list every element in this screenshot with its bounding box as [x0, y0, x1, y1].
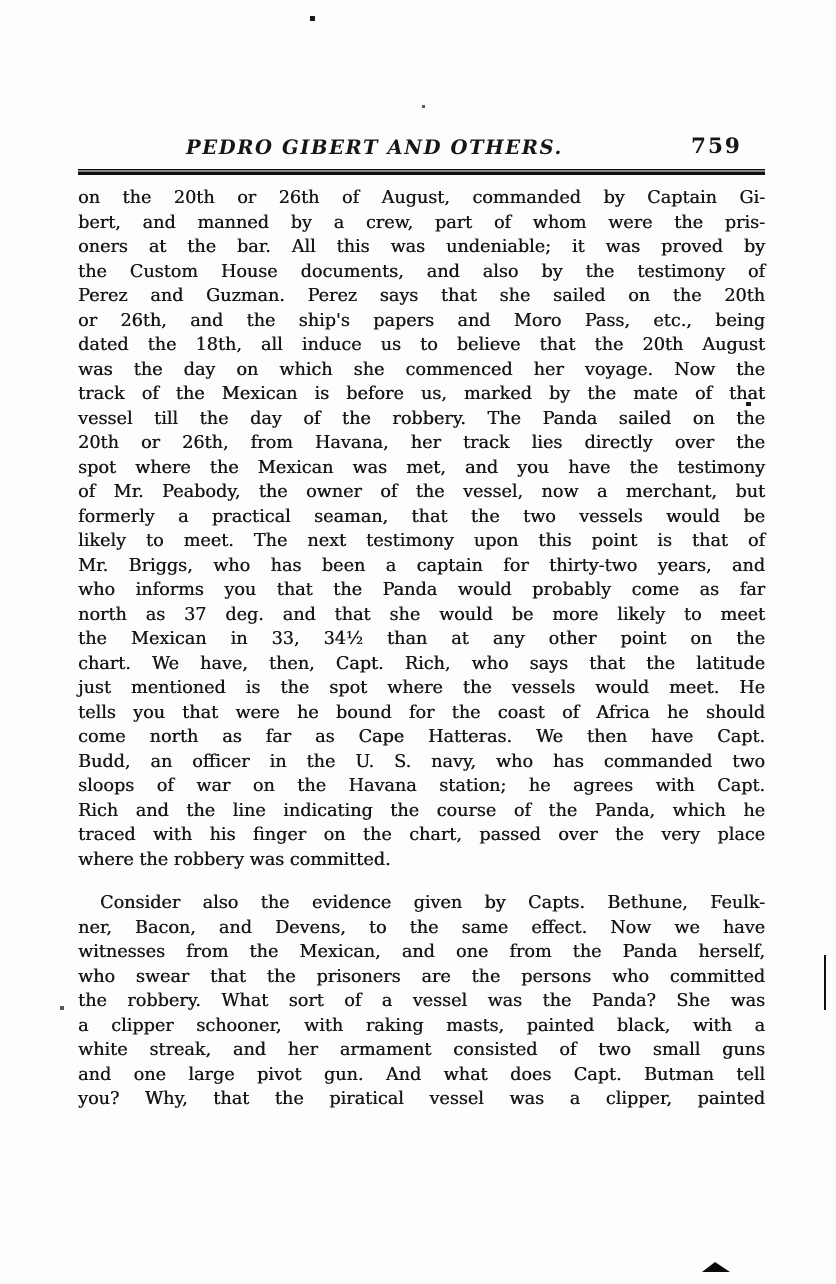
text-line: dated the 18th, all induce us to believe…	[78, 333, 765, 358]
text-line: just mentioned is the spot where the ves…	[78, 676, 765, 701]
text-line: and one large pivot gun. And what does C…	[78, 1063, 765, 1088]
text-line: vessel till the day of the robbery. The …	[78, 407, 765, 432]
ink-speck	[310, 16, 315, 21]
text-line: tells you that were he bound for the coa…	[78, 701, 765, 726]
text-line: or 26th, and the ship's papers and Moro …	[78, 309, 765, 334]
page-number: 759	[691, 134, 742, 159]
text-line: formerly a practical seaman, that the tw…	[78, 505, 765, 530]
corner-mark	[702, 1262, 730, 1272]
text-line: the robbery. What sort of a vessel was t…	[78, 989, 765, 1014]
book-page: PEDRO GIBERT AND OTHERS. 759 on the 20th…	[0, 0, 836, 1284]
text-line: who informs you that the Panda would pro…	[78, 578, 765, 603]
text-line: Consider also the evidence given by Capt…	[78, 891, 765, 916]
text-line: 20th or 26th, from Havana, her track lie…	[78, 431, 765, 456]
text-line: on the 20th or 26th of August, commanded…	[78, 186, 765, 211]
text-line: bert, and manned by a crew, part of whom…	[78, 211, 765, 236]
text-line: come north as far as Cape Hatteras. We t…	[78, 725, 765, 750]
text-line: oners at the bar. All this was undeniabl…	[78, 235, 765, 260]
text-line: sloops of war on the Havana station; he …	[78, 774, 765, 799]
text-line: where the robbery was committed.	[78, 848, 765, 873]
text-line: the Custom House documents, and also by …	[78, 260, 765, 285]
text-line: you? Why, that the piratical vessel was …	[78, 1087, 765, 1112]
text-line: Mr. Briggs, who has been a captain for t…	[78, 554, 765, 579]
text-line: likely to meet. The next testimony upon …	[78, 529, 765, 554]
ink-speck	[746, 402, 751, 406]
text-line: ner, Bacon, and Devens, to the same effe…	[78, 916, 765, 941]
ink-speck	[422, 105, 425, 108]
body-text: on the 20th or 26th of August, commanded…	[78, 186, 765, 1112]
text-line: the Mexican in 33, 34½ than at any other…	[78, 627, 765, 652]
text-line: was the day on which she commenced her v…	[78, 358, 765, 383]
text-line: Budd, an officer in the U. S. navy, who …	[78, 750, 765, 775]
text-line: north as 37 deg. and that she would be m…	[78, 603, 765, 628]
text-line: white streak, and her armament consisted…	[78, 1038, 765, 1063]
text-line: chart. We have, then, Capt. Rich, who sa…	[78, 652, 765, 677]
text-line: witnesses from the Mexican, and one from…	[78, 940, 765, 965]
text-line: of Mr. Peabody, the owner of the vessel,…	[78, 480, 765, 505]
ink-speck	[60, 1006, 64, 1010]
text-line: a clipper schooner, with raking masts, p…	[78, 1014, 765, 1039]
text-line: Perez and Guzman. Perez says that she sa…	[78, 284, 765, 309]
header-rule	[78, 169, 765, 175]
paragraph: on the 20th or 26th of August, commanded…	[78, 186, 765, 872]
paragraph: Consider also the evidence given by Capt…	[78, 891, 765, 1112]
text-line: Rich and the line indicating the course …	[78, 799, 765, 824]
running-title: PEDRO GIBERT AND OTHERS.	[186, 136, 563, 159]
margin-mark	[824, 955, 826, 1010]
text-line: traced with his finger on the chart, pas…	[78, 823, 765, 848]
text-line: who swear that the prisoners are the per…	[78, 965, 765, 990]
text-line: track of the Mexican is before us, marke…	[78, 382, 765, 407]
text-line: spot where the Mexican was met, and you …	[78, 456, 765, 481]
